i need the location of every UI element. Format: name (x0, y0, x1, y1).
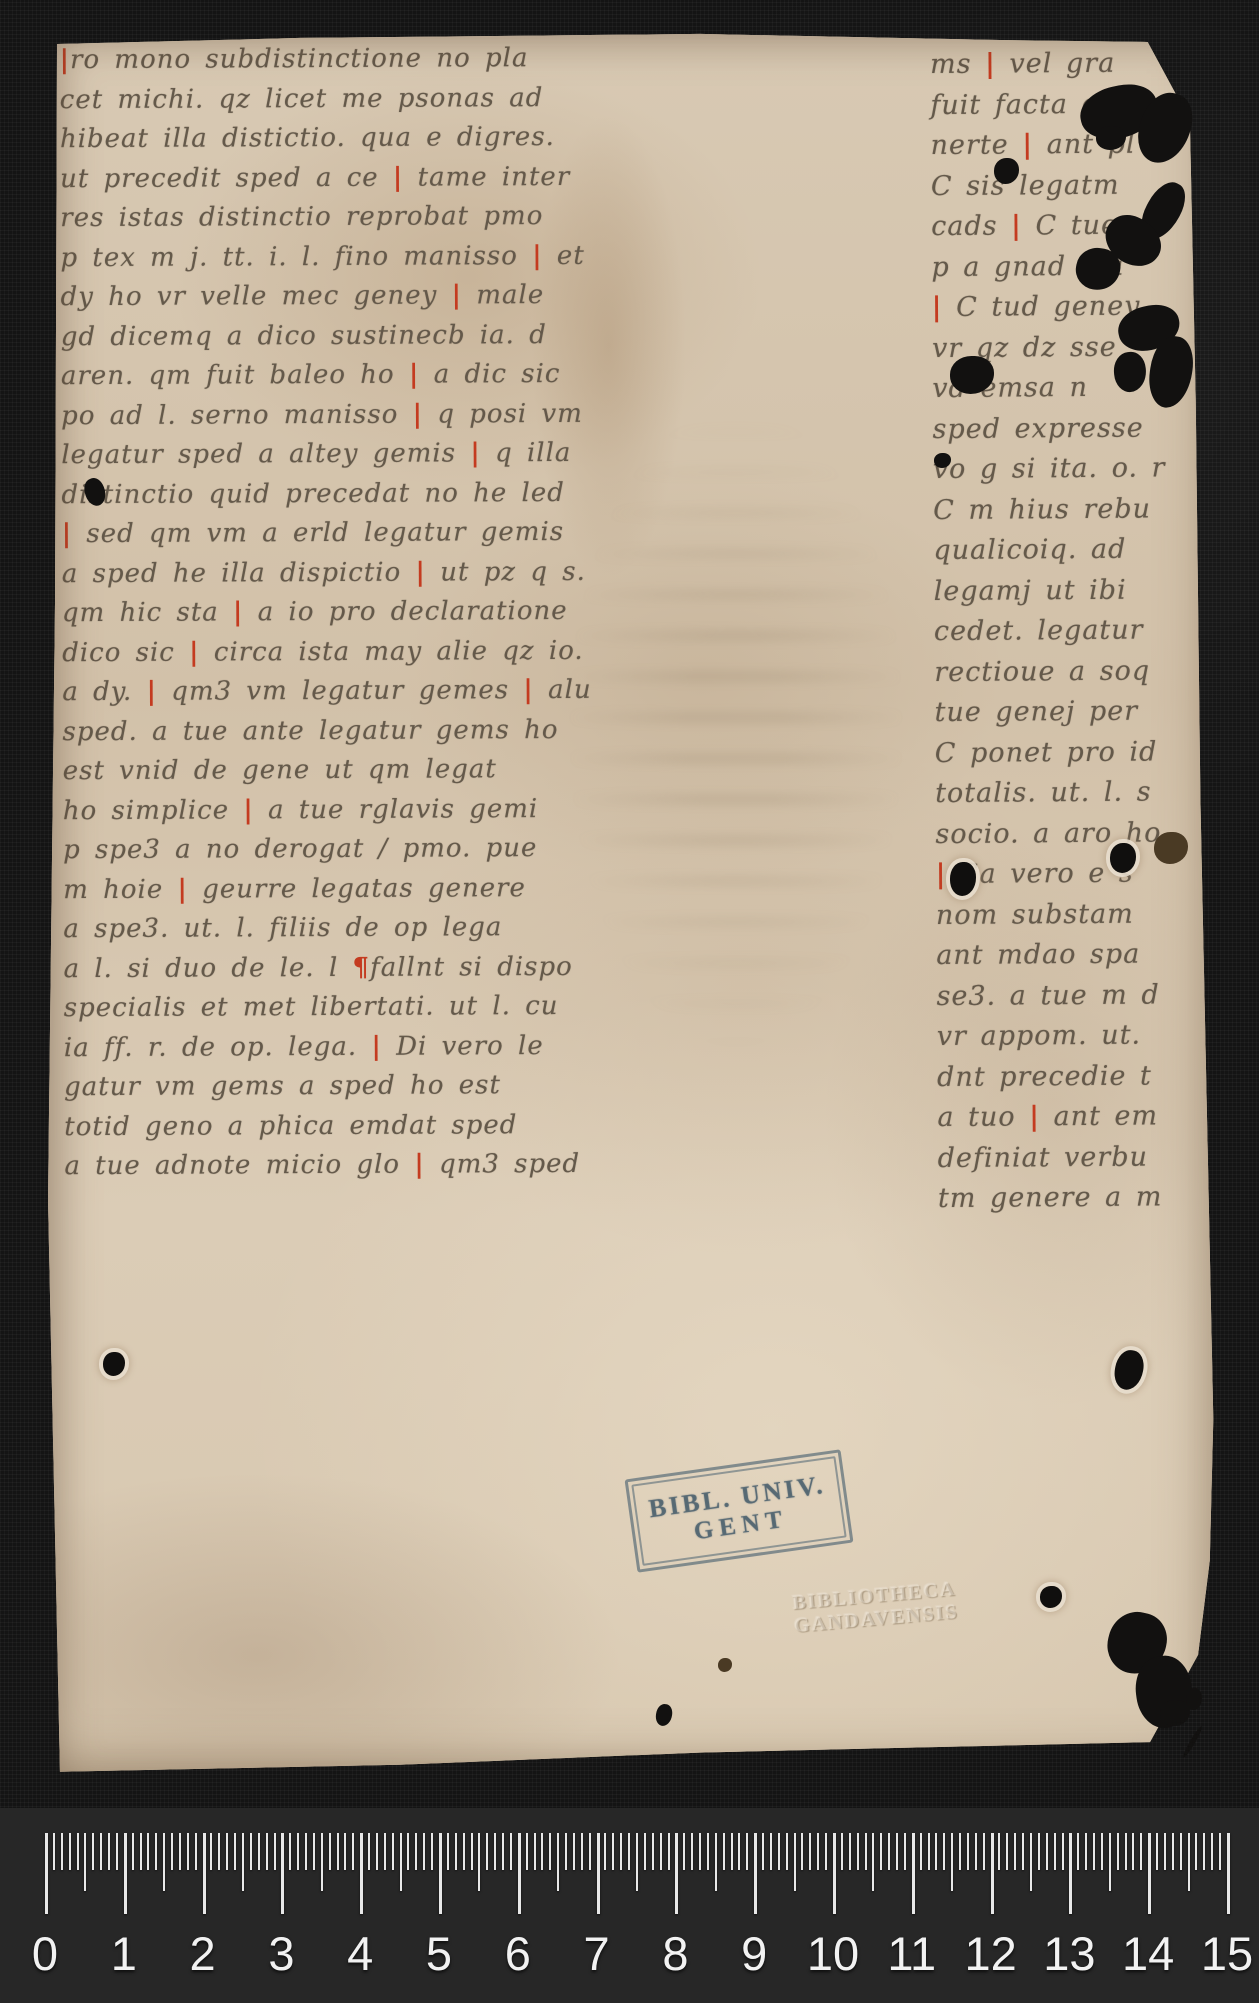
ruler-tick (604, 1833, 606, 1870)
manuscript-line: distinctio quid precedat no he led (61, 473, 591, 515)
ruler-tick (1085, 1833, 1087, 1870)
manuscript-line: aren. qm fuit baleo ho | a dic sic (61, 355, 591, 397)
manuscript-line: totalis. ut. l. s (935, 772, 1235, 815)
ruler-tick (1211, 1833, 1213, 1870)
rubrication-mark: | (146, 677, 157, 707)
stamp-text-line1: BIBL. UNIV. (647, 1470, 827, 1524)
ruler-tick (660, 1833, 662, 1870)
ruler-tick (1093, 1833, 1095, 1870)
ruler-tick (92, 1833, 94, 1870)
manuscript-line: a l. si duo de le. l ¶fallnt si dispo (63, 947, 593, 989)
ruler-tick (1101, 1833, 1103, 1870)
manuscript-line: hibeat illa distictio. qua e digres. (60, 118, 590, 160)
ruler-tick (258, 1833, 260, 1870)
rubrication-mark: | (414, 1150, 425, 1180)
ruler-tick (210, 1833, 212, 1870)
ruler-tick (967, 1833, 969, 1870)
manuscript-line: se3. a tue m d (936, 974, 1236, 1017)
ruler-tick (116, 1833, 118, 1870)
embossed-blind-stamp: BIBLIOTHECA GANDAVENSIS (785, 1563, 966, 1654)
rubrication-mark: | (452, 280, 463, 310)
manuscript-line: sped. a tue ante legatur gems ho (62, 710, 592, 752)
ruler-number: 1 (111, 1926, 137, 1981)
manuscript-line: legamj ut ibi (934, 569, 1234, 612)
manuscript-line: nom substam (936, 893, 1236, 936)
manuscript-text-left-column: |ro mono subdistinctione no placet michi… (60, 39, 595, 1187)
ruler-number: 8 (662, 1926, 688, 1981)
photograph-of-manuscript-leaf: |ro mono subdistinctione no placet michi… (0, 0, 1259, 2003)
ruler-tick (534, 1833, 536, 1870)
ruler-number: 4 (347, 1926, 373, 1981)
ruler-tick (274, 1833, 276, 1870)
ruler-tick (778, 1833, 780, 1870)
ruler-number: 6 (505, 1926, 531, 1981)
ruler-tick (218, 1833, 220, 1870)
manuscript-line: a sped he illa dispictio | ut pz q s. (62, 552, 592, 594)
ruler-tick (557, 1833, 559, 1891)
ruler-number: 11 (887, 1926, 936, 1981)
ruler-tick (786, 1833, 788, 1870)
ruler-tick (888, 1833, 890, 1870)
ruler-tick (731, 1833, 733, 1870)
ruler-tick (951, 1833, 953, 1891)
ruler-tick (1172, 1833, 1174, 1870)
ruler-number: 7 (584, 1926, 610, 1981)
ruler-number: 14 (1122, 1926, 1174, 1981)
ruler-tick (155, 1833, 157, 1870)
ruler-tick (171, 1833, 173, 1870)
manuscript-line: cads | C tue sp (931, 205, 1231, 248)
ruler-number: 0 (32, 1926, 58, 1981)
ruler-tick (715, 1833, 717, 1891)
ruler-tick (439, 1833, 442, 1914)
ruler-tick (486, 1833, 488, 1870)
ruler-tick (45, 1833, 48, 1914)
ruler-tick (1195, 1833, 1197, 1870)
ruler-tick (77, 1833, 79, 1870)
rubrication-mark: | (409, 360, 420, 390)
ruler-tick (313, 1833, 315, 1870)
ruler-tick (699, 1833, 701, 1870)
ruler-number: 15 (1201, 1926, 1253, 1981)
ruler-tick (628, 1833, 630, 1870)
ruler-tick (707, 1833, 709, 1870)
rubrication-mark: | (936, 859, 947, 890)
ruler-tick (297, 1833, 299, 1870)
ruler-tick (1054, 1833, 1056, 1870)
rubrication-mark: ¶ (352, 952, 370, 982)
ruler-tick (794, 1833, 796, 1891)
manuscript-line: a tue adnote micio glo | qm3 sped (64, 1145, 594, 1187)
ruler-tick (975, 1833, 977, 1870)
ruler-tick (912, 1833, 915, 1914)
library-ink-stamp: BIBL. UNIV. GENT (625, 1449, 854, 1572)
manuscript-line: gatur vm gems a sped ho est (64, 1066, 594, 1108)
stamp-text-line2: GENT (692, 1505, 790, 1546)
manuscript-line: | sed qm vm a erld legatur gemis (62, 513, 592, 555)
manuscript-line: sped expresse (932, 407, 1232, 450)
manuscript-line: totid geno a phica emdat sped (64, 1105, 594, 1147)
ruler-tick (668, 1833, 670, 1870)
ruler-tick (817, 1833, 819, 1870)
ruler-tick (526, 1833, 528, 1870)
rubrication-mark: | (393, 162, 404, 192)
manuscript-line: | C tud geney (932, 286, 1232, 329)
rubrication-mark: | (413, 399, 424, 429)
ink-blot (1186, 1688, 1202, 1710)
rubrication-mark: | (532, 241, 543, 271)
manuscript-line: m hoie | geurre legatas genere (63, 868, 593, 910)
ruler-tick (943, 1833, 945, 1870)
ink-blot (1181, 1725, 1203, 1759)
ruler-tick (187, 1833, 189, 1870)
rubrication-mark: | (243, 795, 254, 825)
ruler-tick (321, 1833, 323, 1891)
ink-blot (1160, 1700, 1190, 1726)
manuscript-text-right-column: ms | vel grafuit facta enerte | ant plC … (930, 43, 1238, 1220)
ruler-tick (69, 1833, 71, 1870)
manuscript-line: ia ff. r. de op. lega. | Di vero le (64, 1026, 594, 1068)
ruler-tick (400, 1833, 402, 1891)
manuscript-line: cedet. legatur (934, 610, 1234, 653)
rubrication-mark: | (62, 519, 73, 549)
rubrication-mark: | (60, 45, 71, 75)
manuscript-line: ant mdao spa (936, 934, 1236, 977)
ruler-tick (581, 1833, 583, 1870)
ruler-tick (305, 1833, 307, 1870)
manuscript-line: C ponet pro id (935, 731, 1235, 774)
manuscript-line: dico sic | circa ista may alie qz io. (62, 631, 592, 673)
ruler-tick (1038, 1833, 1040, 1870)
manuscript-line: specialis et met libertati. ut l. cu (64, 987, 594, 1029)
ruler-tick (865, 1833, 867, 1870)
ruler-tick (833, 1833, 836, 1914)
ruler-tick (84, 1833, 86, 1891)
ruler-tick (754, 1833, 757, 1914)
ruler-tick (565, 1833, 567, 1870)
ruler-tick (53, 1833, 55, 1870)
ruler-tick (132, 1833, 134, 1870)
ruler-tick (636, 1833, 638, 1891)
ruler-number: 12 (964, 1926, 1016, 1981)
ruler-tick (746, 1833, 748, 1870)
rubrication-mark: | (985, 49, 996, 80)
ruler-tick (447, 1833, 449, 1870)
ruler-tick (281, 1833, 284, 1914)
ruler-tick (337, 1833, 339, 1870)
ruler-tick (179, 1833, 181, 1870)
ruler-tick (1125, 1833, 1127, 1870)
ruler-tick (124, 1833, 127, 1914)
ruler-tick (108, 1833, 110, 1870)
manuscript-line: vr appom. ut. (937, 1015, 1237, 1058)
ruler-number: 3 (268, 1926, 294, 1981)
manuscript-line: ut precedit sped a ce | tame inter (60, 157, 590, 199)
ruler-tick (1227, 1833, 1230, 1914)
rubrication-mark: | (189, 637, 200, 667)
ruler-tick (1062, 1833, 1064, 1870)
ruler-tick (423, 1833, 425, 1870)
ruler-tick (849, 1833, 851, 1870)
ruler-tick (242, 1833, 244, 1891)
ruler-tick (872, 1833, 874, 1891)
parchment-leaf: |ro mono subdistinctione no placet michi… (46, 32, 1218, 1777)
ruler-tick (573, 1833, 575, 1870)
ruler-tick (163, 1833, 165, 1891)
ruler-tick (100, 1833, 102, 1870)
ruler-tick (368, 1833, 370, 1870)
ruler-tick (620, 1833, 622, 1870)
ruler-tick (329, 1833, 331, 1870)
manuscript-line: dy ho vr velle mec geney | male (61, 276, 591, 318)
ruler-tick (392, 1833, 394, 1870)
ruler-tick (234, 1833, 236, 1870)
ruler-tick (762, 1833, 764, 1870)
manuscript-line: qualicoiq. ad (933, 529, 1233, 572)
ruler-tick (1156, 1833, 1158, 1870)
manuscript-line: vo g si ita. o. r (933, 448, 1233, 491)
ruler-tick (1164, 1833, 1166, 1870)
ruler-tick (723, 1833, 725, 1870)
manuscript-line: est vnid de gene ut qm legat (63, 750, 593, 792)
manuscript-line: cet michi. qz licet me psonas ad (60, 78, 590, 120)
ruler-tick (549, 1833, 551, 1870)
ruler-tick (1006, 1833, 1008, 1870)
ruler-tick (904, 1833, 906, 1870)
ruler-tick (376, 1833, 378, 1870)
ruler-tick (1180, 1833, 1182, 1870)
ruler-number: 13 (1043, 1926, 1095, 1981)
ruler-tick (1203, 1833, 1205, 1870)
rubrication-mark: | (1022, 129, 1033, 160)
manuscript-line: a dy. | qm3 vm legatur gemes | alu (62, 671, 592, 713)
manuscript-line: a spe3. ut. l. filiis de op lega (63, 908, 593, 950)
manuscript-line: definiat verbu (938, 1136, 1238, 1179)
manuscript-line: ms | vel gra (930, 43, 1230, 86)
rubrication-mark: | (523, 675, 534, 705)
manuscript-line: rectioue a soq (934, 650, 1234, 693)
centimeter-ruler: 0123456789101112131415 (0, 1808, 1259, 2003)
ruler-tick (1148, 1833, 1151, 1914)
ruler-tick (1132, 1833, 1134, 1870)
ruler-tick (935, 1833, 937, 1870)
ruler-tick (415, 1833, 417, 1870)
rubrication-mark: | (1029, 1101, 1040, 1132)
rubrication-mark: | (233, 597, 244, 627)
ruler-number: 9 (741, 1926, 767, 1981)
ruler-number: 2 (190, 1926, 216, 1981)
ruler-tick (1069, 1833, 1072, 1914)
ruler-tick (360, 1833, 363, 1914)
manuscript-line: legatur sped a altey gemis | q illa (61, 434, 591, 476)
ruler-tick (510, 1833, 512, 1870)
ruler-tick (738, 1833, 740, 1870)
ruler-number: 10 (807, 1926, 859, 1981)
manuscript-line: | Sa vero e s (936, 853, 1236, 896)
manuscript-line: gd dicemq a dico sustinecb ia. d (61, 315, 591, 357)
ruler-tick (983, 1833, 985, 1870)
ruler-tick (494, 1833, 496, 1870)
manuscript-line: ho simplice | a tue rglavis gemi (63, 789, 593, 831)
ruler-tick (140, 1833, 142, 1870)
ruler-tick (1219, 1833, 1221, 1870)
ruler-tick (478, 1833, 480, 1891)
ruler-tick (597, 1833, 600, 1914)
ruler-tick (1117, 1833, 1119, 1870)
ruler-tick (825, 1833, 827, 1870)
manuscript-line: tue genej per (934, 691, 1234, 734)
ruler-tick (1030, 1833, 1032, 1891)
ruler-tick (384, 1833, 386, 1870)
ruler-tick (841, 1833, 843, 1870)
ruler-tick (502, 1833, 504, 1870)
manuscript-line: p tex m j. tt. i. l. fino manisso | et (60, 236, 590, 278)
ruler-tick (431, 1833, 433, 1870)
ruler-tick (801, 1833, 803, 1870)
ruler-tick (250, 1833, 252, 1870)
manuscript-line: p spe3 a no derogat / pmo. pue (63, 829, 593, 871)
rubrication-mark: | (1011, 210, 1022, 241)
verso-bleed-through (566, 402, 906, 1052)
rubrication-mark: | (932, 292, 943, 323)
ruler-tick (1077, 1833, 1079, 1870)
ruler-tick (289, 1833, 291, 1870)
rubrication-mark: | (415, 557, 426, 587)
ruler-tick (612, 1833, 614, 1870)
ruler-tick (541, 1833, 543, 1870)
ruler-tick (652, 1833, 654, 1870)
rubrication-mark: | (470, 438, 481, 468)
manuscript-line: po ad l. serno manisso | q posi vm (61, 394, 591, 436)
ruler-tick (857, 1833, 859, 1870)
ruler-number: 5 (426, 1926, 452, 1981)
ruler-tick (683, 1833, 685, 1870)
manuscript-line: C sis legatm (931, 164, 1231, 207)
ruler-tick (471, 1833, 473, 1870)
ruler-tick (880, 1833, 882, 1870)
ruler-tick (147, 1833, 149, 1870)
ruler-tick (589, 1833, 591, 1870)
manuscript-line: tm genere a m (938, 1177, 1238, 1220)
ruler-tick (644, 1833, 646, 1870)
ruler-tick (344, 1833, 346, 1870)
manuscript-line: C m hius rebu (933, 488, 1233, 531)
ruler-tick (1188, 1833, 1190, 1891)
ruler-tick (1014, 1833, 1016, 1870)
ruler-tick (1109, 1833, 1111, 1891)
ruler-tick (518, 1833, 521, 1914)
ruler-tick (1022, 1833, 1024, 1870)
manuscript-line: socio. a aro ho (935, 812, 1235, 855)
ruler-tick (991, 1833, 994, 1914)
ruler-tick (1046, 1833, 1048, 1870)
ruler-tick (1140, 1833, 1142, 1870)
ruler-tick (998, 1833, 1000, 1870)
ruler-tick (407, 1833, 409, 1870)
manuscript-line: res istas distinctio reprobat pmo (60, 197, 590, 239)
ruler-tick (770, 1833, 772, 1870)
ruler-tick (691, 1833, 693, 1870)
rubrication-mark: | (177, 874, 188, 904)
ruler-tick (61, 1833, 63, 1870)
rubrication-mark: | (371, 1031, 382, 1061)
manuscript-line: qm hic sta | a io pro declaratione (62, 592, 592, 634)
ruler-tick (455, 1833, 457, 1870)
ruler-tick (266, 1833, 268, 1870)
ruler-tick (896, 1833, 898, 1870)
manuscript-line: a tuo | ant em (937, 1096, 1237, 1139)
ruler-tick (352, 1833, 354, 1870)
ruler-tick (463, 1833, 465, 1870)
ruler-tick (195, 1833, 197, 1870)
manuscript-line: |ro mono subdistinctione no pla (60, 39, 590, 81)
ruler-tick (928, 1833, 930, 1870)
ruler-tick (809, 1833, 811, 1870)
ruler-tick (203, 1833, 206, 1914)
ruler-tick (959, 1833, 961, 1870)
ruler-tick (675, 1833, 678, 1914)
manuscript-line: dnt precedie t (937, 1055, 1237, 1098)
ruler-tick (226, 1833, 228, 1870)
ruler-tick (920, 1833, 922, 1870)
